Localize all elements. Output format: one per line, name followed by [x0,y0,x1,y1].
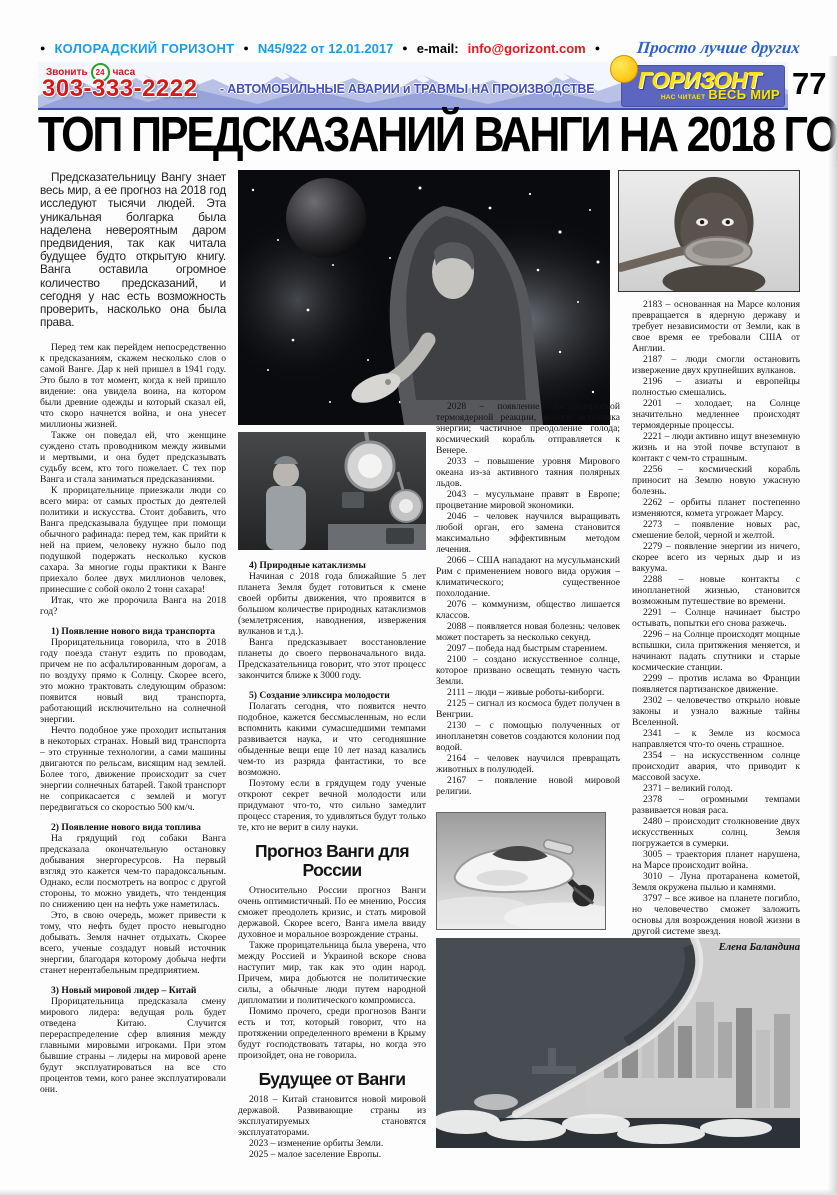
tsunami-city-photo [436,938,800,1148]
future-heading: Будущее от Ванги [238,1070,426,1089]
prediction-entry: 2043 – мусульмане правят в Европе; процв… [436,489,620,511]
prediction-entry: 2480 – происходит столкновение двух иску… [632,816,800,849]
paragraph: Итак, что же пророчила Ванга на 2018 год… [40,595,226,617]
bullet-icon: ● [40,43,45,53]
prediction-entry: 2378 – огромными темпами развивается нов… [632,794,800,816]
prediction-entry: 2088 – появляется новая болезнь: человек… [436,621,620,643]
prediction-entry: 2291 – Солнце начинает быстро остывать, … [632,607,800,629]
prediction-entry: 2125 – сигнал из космоса будет получен в… [436,698,620,720]
author-byline: Елена Баландина [632,942,800,953]
prediction-entry: 2111 – люди – живые роботы-киборги. [436,687,620,698]
paper-name: КОЛОРАДСКИЙ ГОРИЗОНТ [54,41,234,56]
paragraph: Это, в свою очередь, может привести к то… [40,910,226,976]
logo-sub-big: ВЕСЬ МИР [708,87,780,102]
prediction-entry: 2130 – с помощью полученных от инопланет… [436,720,620,753]
page-number: 77 [792,68,826,99]
prediction-entry: 2018 – Китай становится новой мировой де… [238,1094,426,1138]
paragraph: Нечто подобное уже проходит испытания в … [40,725,226,813]
email-label: e-mail: [417,41,459,56]
section-heading-1: 1) Появление нового вида транспорта [40,626,226,637]
paragraph: Также прорицательница была уверена, что … [238,940,426,1006]
issue-number: N45/922 от 12.01.2017 [258,41,393,56]
section-heading-2: 2) Появление нового вида топлива [40,822,226,833]
paragraph: Также он поведал ей, что женщине суждено… [40,430,226,485]
section-heading-3: 3) Новый мировой лидер – Китай [40,985,226,996]
paragraph: На грядущий год собаки Ванга предсказала… [40,833,226,910]
masthead: ● КОЛОРАДСКИЙ ГОРИЗОНТ ● N45/922 от 12.0… [40,39,800,57]
sun-icon [610,55,638,83]
ad-banner: Звонить 24 часа 303-333-2222 - АВТОМОБИЛ… [38,62,788,110]
paragraph: Поэтому если в грядущем году ученые откр… [238,778,426,833]
section-heading-5: 5) Создание эликсира молодости [238,690,426,701]
bullet-icon: ● [595,43,600,53]
prediction-entry: 2187 – люди смогли остановить извержение… [632,354,800,376]
prediction-entry: 2354 – на искусственном солнце происходи… [632,750,800,783]
prediction-entry: 2279 – появление энергии из ничего, скор… [632,541,800,574]
article-column-3: 2028 – появление контролируемой термояде… [436,401,620,797]
paragraph: Относительно России прогноз Ванги очень … [238,885,426,940]
bullet-icon: ● [243,43,248,53]
prediction-entry: 2273 – появление новых рас, смешение бел… [632,519,800,541]
bullet-icon: ● [402,43,407,53]
prediction-entry: 2371 – великий голод. [632,783,800,794]
prediction-entry: 2033 – повышение уровня Мирового океана … [436,456,620,489]
prediction-entry: 2023 – изменение орбиты Земли. [238,1138,426,1149]
prediction-entry: 2025 – малое заселение Европы. [238,1149,426,1160]
prediction-entry: 2262 – орбиты планет постепенно изменяют… [632,497,800,519]
paragraph: Ванга предсказывает восстановление плане… [238,637,426,681]
prediction-entry: 2302 – человечество открыло новые законы… [632,695,800,728]
services-text: - АВТОМОБИЛЬНЫЕ АВАРИИ и ТРАВМЫ НА ПРОИЗ… [220,82,594,96]
prediction-entry: 3797 – все живое на планете погибло, но … [632,893,800,937]
prediction-entry: 2196 – азиаты и европейцы полностью смеш… [632,376,800,398]
article-column-1: Предсказательницу Вангу знает весь мир, … [40,171,226,1095]
phone-number: 303-333-2222 [42,75,197,103]
scan-edge [828,56,837,1195]
prediction-entry: 2097 – победа над быстрым старением. [436,643,620,654]
surgery-room-photo [238,432,426,550]
child-with-spoon-photo [618,170,800,292]
scan-edge [0,1189,837,1195]
prediction-entry: 2296 – на Солнце происходят мощные вспыш… [632,629,800,673]
paragraph: Начиная с 2018 года ближайшие 5 лет план… [238,571,426,637]
section-heading-4: 4) Природные катаклизмы [238,560,426,571]
prediction-entry: 2076 – коммунизм, общество лишается клас… [436,599,620,621]
vanga-photo [238,170,610,425]
article-column-4: 2183 – основанная на Марсе колония превр… [632,299,800,953]
prediction-entry: 2183 – основанная на Марсе колония превр… [632,299,800,354]
article-intro: Предсказательницу Вангу знает весь мир, … [40,171,226,329]
article-column-2: 4) Природные катаклизмы Начиная с 2018 г… [238,560,426,1160]
prediction-entry: 2256 – космический корабль приносит на З… [632,464,800,497]
paragraph: Прорицательница говорила, что в 2018 год… [40,637,226,725]
paragraph: Прорицательница предсказала смену мирово… [40,996,226,1095]
prediction-entry: 3005 – траектория планет нарушена, на Ма… [632,849,800,871]
prediction-entry: 2066 – США нападают на мусульманский Рим… [436,555,620,599]
logo-subtitle: НАС ЧИТАЕТВЕСЬ МИР [661,86,780,104]
flying-car-photo [436,812,606,930]
prediction-entry: 2288 – новые контакты с инопланетной жиз… [632,574,800,607]
prediction-entry: 2028 – появление контролируемой термояде… [436,401,620,456]
prediction-entry: 2164 – человек научился превращать живот… [436,753,620,775]
prediction-entry: 2221 – люди активно ищут внеземную жизнь… [632,431,800,464]
article-headline: ТОП ПРЕДСКАЗАНИЙ ВАНГИ НА 2018 ГОД [38,110,709,161]
prediction-entry: 2167 – появление новой мировой религии. [436,775,620,797]
gorizont-logo: ГОРИЗОНТ НАС ЧИТАЕТВЕСЬ МИР [622,66,784,106]
logo-sub-small: НАС ЧИТАЕТ [661,94,706,101]
prediction-entry: 2046 – человек научился выращивать любой… [436,511,620,555]
email-address: info@gorizont.com [468,41,586,56]
paragraph: К прорицательнице приезжали люди со всег… [40,485,226,595]
paragraph: Полагать сегодня, что появится нечто под… [238,701,426,778]
paragraph: Перед тем как перейдем непосредственно к… [40,342,226,430]
russia-forecast-heading: Прогноз Ванги для России [238,842,426,880]
paper-slogan: Просто лучше других [636,38,801,58]
prediction-entry: 3010 – Луна протаранена кометой, Земля о… [632,871,800,893]
prediction-entry: 2100 – создано искусственное солнце, кот… [436,654,620,687]
prediction-entry: 2341 – к Земле из космоса направляется ч… [632,728,800,750]
prediction-entry: 2201 – холодает, на Солнце значительно м… [632,398,800,431]
paragraph: Помимо прочего, среди прогнозов Ванги ес… [238,1006,426,1061]
prediction-entry: 2299 – против ислама во Франции появляет… [632,673,800,695]
